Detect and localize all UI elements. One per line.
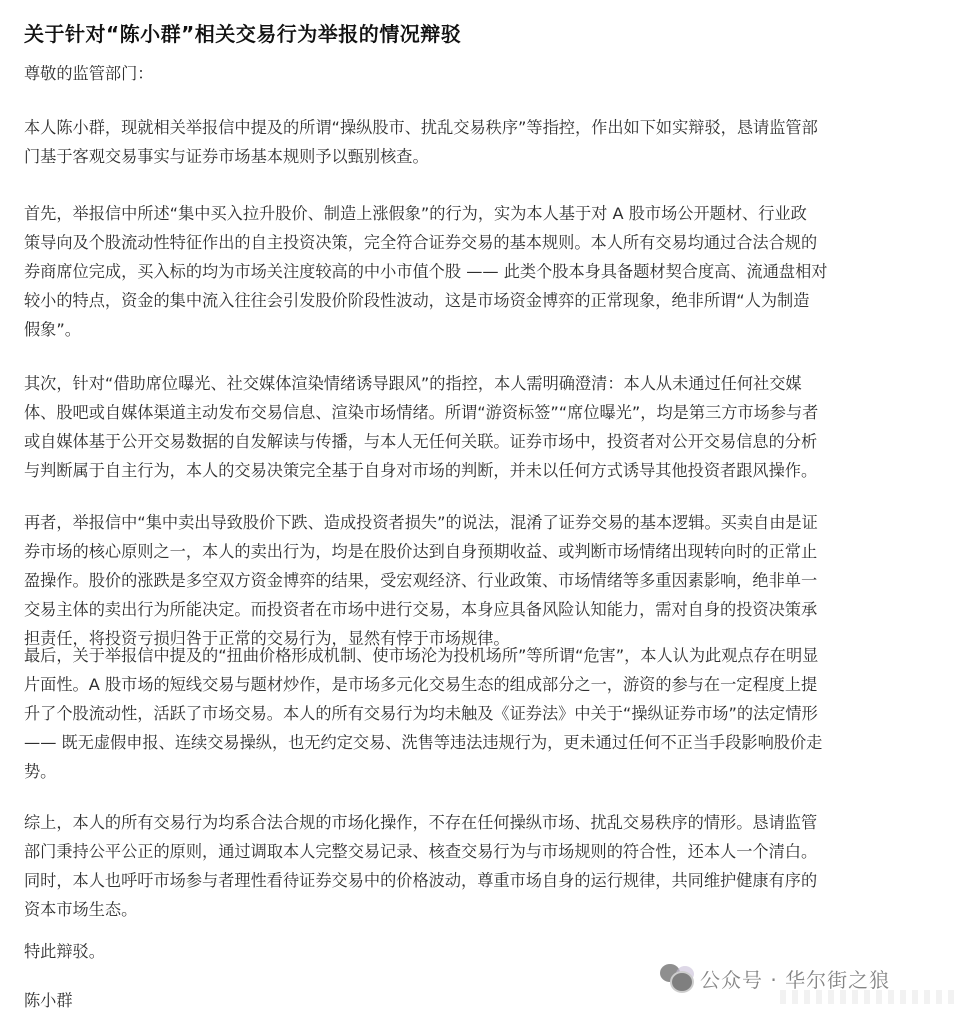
watermark-blur-bar: [780, 990, 960, 1004]
paragraph-final-point: 最后，关于举报信中提及的“扭曲价格形成机制、使市场沦为投机场所”等所谓“危害”，…: [24, 641, 944, 786]
paragraph-line: —— 既无虚假申报、连续交易操纵，也无约定交易、洗售等违法违规行为，更未通过任何…: [24, 728, 944, 757]
watermark-text: 公众号 · 华尔街之狼: [700, 964, 890, 993]
paragraph-first-point: 首先，举报信中所述“集中买入拉升股价、制造上涨假象”的行为，实为本人基于对 A …: [24, 199, 944, 344]
paragraph-line: 交易主体的卖出行为所能决定。而投资者在市场中进行交易，本身应具备风险认知能力，需…: [24, 595, 944, 624]
paragraph-intro: 本人陈小群，现就相关举报信中提及的所谓“操纵股市、扰乱交易秩序”等指控，作出如下…: [24, 113, 944, 171]
paragraph-line: 同时，本人也呼吁市场参与者理性看待证券交易中的价格波动，尊重市场自身的运行规律，…: [24, 866, 944, 895]
greeting: 尊敬的监管部门：: [24, 59, 944, 88]
paragraph-line: 资本市场生态。: [24, 895, 944, 924]
paragraph-line: 券商席位完成，买入标的均为市场关注度较高的中小市值个股 —— 此类个股本身具备题…: [24, 257, 944, 286]
paragraph-line: 策导向及个股流动性特征作出的自主投资决策，完全符合证券交易的基本规则。本人所有交…: [24, 228, 944, 257]
paragraph-line: 与判断属于自主行为，本人的交易决策完全基于自身对市场的判断，并未以任何方式诱导其…: [24, 456, 944, 485]
paragraph-second-point: 其次，针对“借助席位曝光、社交媒体渲染情绪诱导跟风”的指控，本人需明确澄清：本人…: [24, 369, 944, 485]
paragraph-line: 门基于客观交易事实与证券市场基本规则予以甄别核查。: [24, 142, 944, 171]
paragraph-line: 其次，针对“借助席位曝光、社交媒体渲染情绪诱导跟风”的指控，本人需明确澄清：本人…: [24, 369, 944, 398]
document-title: 关于针对“陈小群”相关交易行为举报的情况辩驳: [24, 18, 461, 47]
paragraph-line: 本人陈小群，现就相关举报信中提及的所谓“操纵股市、扰乱交易秩序”等指控，作出如下…: [24, 113, 944, 142]
paragraph-line: 片面性。A 股市场的短线交易与题材炒作，是市场多元化交易生态的组成部分之一，游资…: [24, 670, 944, 699]
wechat-icon: [660, 962, 696, 994]
paragraph-line: 券市场的核心原则之一，本人的卖出行为，均是在股价达到自身预期收益、或判断市场情绪…: [24, 537, 944, 566]
paragraph-line: 部门秉持公平公正的原则，通过调取本人完整交易记录、核查交易行为与市场规则的符合性…: [24, 837, 944, 866]
paragraph-line: 势。: [24, 757, 944, 786]
paragraph-third-point: 再者，举报信中“集中卖出导致股价下跌、造成投资者损失”的说法，混淆了证券交易的基…: [24, 508, 944, 653]
paragraph-line: 体、股吧或自媒体渠道主动发布交易信息、渲染市场情绪。所谓“游资标签”“席位曝光”…: [24, 398, 944, 427]
paragraph-line: 或自媒体基于公开交易数据的自发解读与传播，与本人无任何关联。证券市场中，投资者对…: [24, 427, 944, 456]
paragraph-line: 最后，关于举报信中提及的“扭曲价格形成机制、使市场沦为投机场所”等所谓“危害”，…: [24, 641, 944, 670]
greeting-text: 尊敬的监管部门：: [24, 59, 944, 88]
paragraph-line: 综上，本人的所有交易行为均系合法合规的市场化操作，不存在任何操纵市场、扰乱交易秩…: [24, 808, 944, 837]
paragraph-line: 假象”。: [24, 315, 944, 344]
paragraph-line: 再者，举报信中“集中卖出导致股价下跌、造成投资者损失”的说法，混淆了证券交易的基…: [24, 508, 944, 537]
paragraph-line: 较小的特点，资金的集中流入往往会引发股价阶段性波动，这是市场资金博弈的正常现象，…: [24, 286, 944, 315]
watermark: 公众号 · 华尔街之狼: [660, 962, 890, 994]
paragraph-conclusion: 综上，本人的所有交易行为均系合法合规的市场化操作，不存在任何操纵市场、扰乱交易秩…: [24, 808, 944, 924]
paragraph-line: 盈操作。股价的涨跌是多空双方资金博弈的结果，受宏观经济、行业政策、市场情绪等多重…: [24, 566, 944, 595]
paragraph-line: 首先，举报信中所述“集中买入拉升股价、制造上涨假象”的行为，实为本人基于对 A …: [24, 199, 944, 228]
paragraph-line: 升了个股流动性，活跃了市场交易。本人的所有交易行为均未触及《证券法》中关于“操纵…: [24, 699, 944, 728]
